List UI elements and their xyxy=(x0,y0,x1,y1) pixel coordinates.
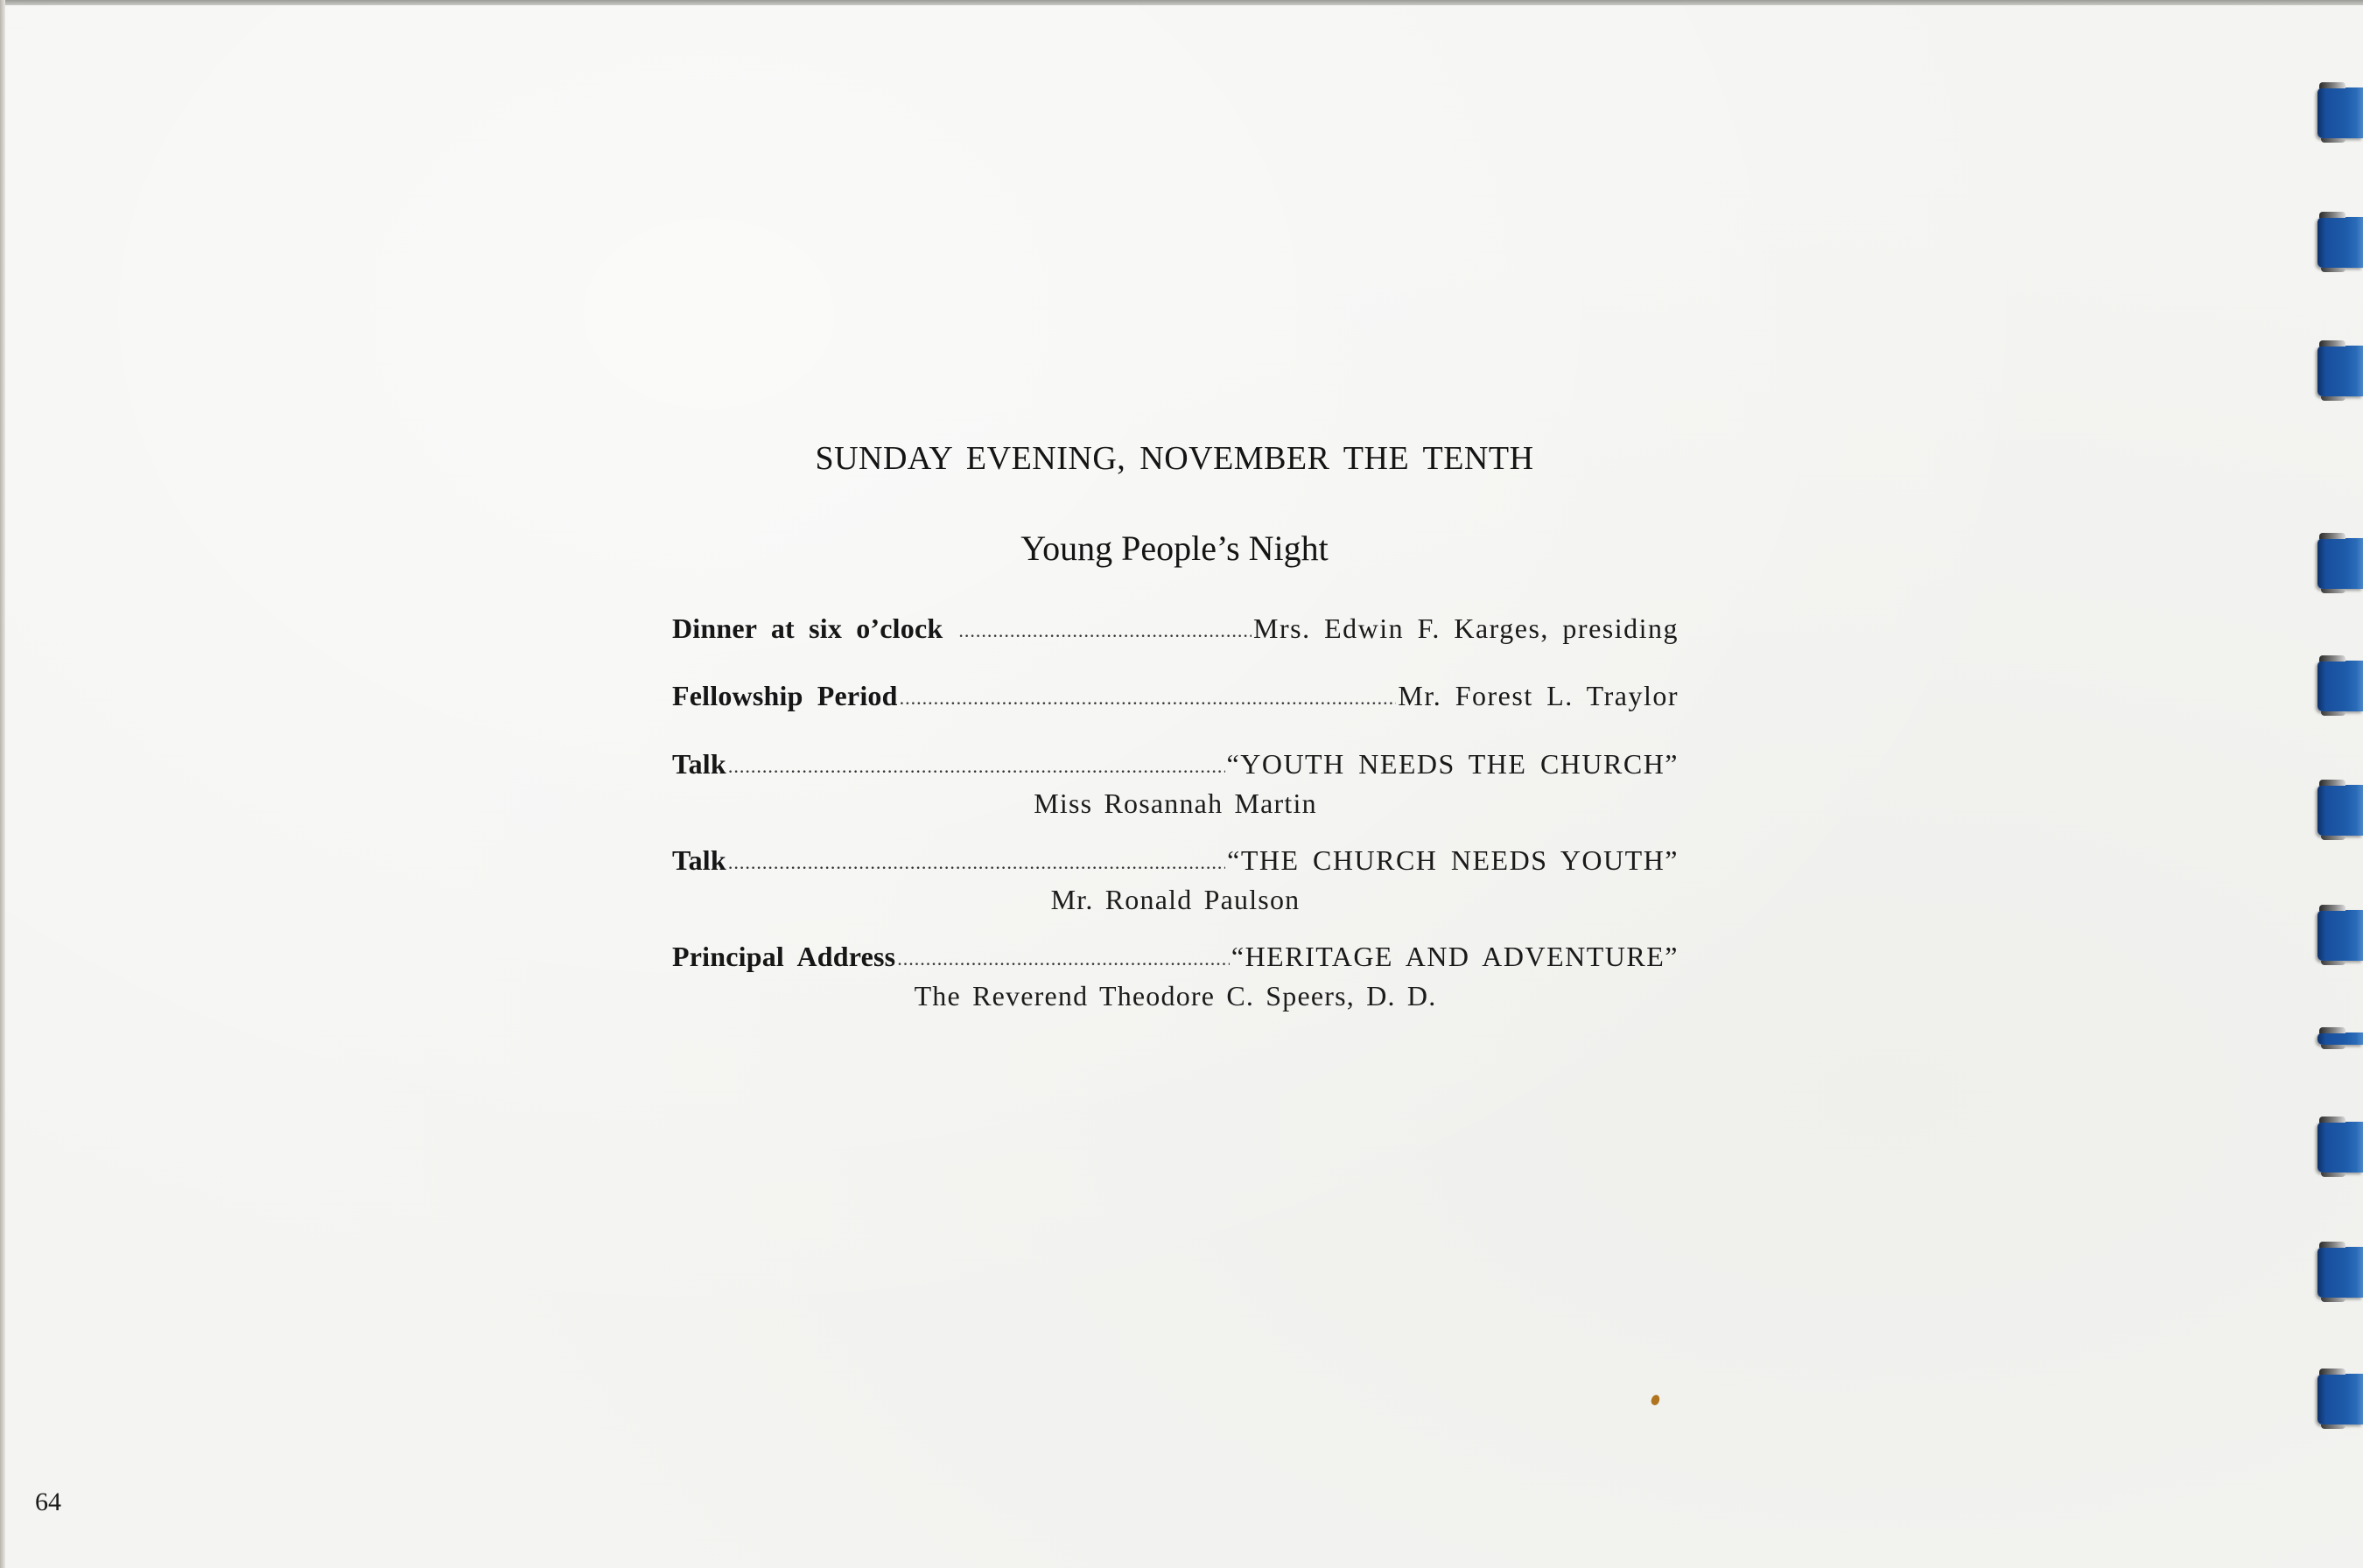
program-item: Talk ...................................… xyxy=(672,844,1679,877)
booklet-page: SUNDAY EVENING, NOVEMBER THE TENTH Young… xyxy=(0,0,2363,1568)
binding-ring xyxy=(2317,785,2363,836)
page-top-edge xyxy=(0,0,2363,5)
binding-ring xyxy=(2317,538,2363,589)
spiral-binding xyxy=(2317,0,2363,1568)
binding-ring xyxy=(2317,1247,2363,1298)
program-item-speaker: Mr. Ronald Paulson xyxy=(672,884,1679,916)
page-left-edge xyxy=(0,0,5,1568)
page-number: 64 xyxy=(35,1487,61,1517)
page-title: SUNDAY EVENING, NOVEMBER THE TENTH xyxy=(0,439,2349,478)
program-item-value: Mrs. Edwin F. Karges, presiding xyxy=(1253,612,1679,645)
binding-ring xyxy=(2317,910,2363,961)
program-item-label: Principal Address xyxy=(672,941,895,973)
program-item: Principal Address ......................… xyxy=(672,941,1679,973)
binding-ring xyxy=(2317,1032,2363,1045)
program-item-label: Fellowship Period xyxy=(672,680,898,712)
binding-ring xyxy=(2317,217,2363,268)
program-item-label: Talk xyxy=(672,844,726,877)
program-item: Fellowship Period ......................… xyxy=(672,680,1679,712)
paper-speck xyxy=(1650,1394,1661,1406)
binding-ring xyxy=(2317,1374,2363,1424)
binding-ring xyxy=(2317,1122,2363,1172)
binding-ring xyxy=(2317,87,2363,138)
dot-leader: ........................................… xyxy=(728,755,1225,778)
program-item-speaker: The Reverend Theodore C. Speers, D. D. xyxy=(672,980,1679,1012)
dot-leader: ........................................… xyxy=(958,619,1252,642)
program-item: Dinner at six o’clock ..................… xyxy=(672,612,1679,645)
page-subtitle: Young People’s Night xyxy=(0,528,2349,569)
program-item-label: Dinner at six o’clock xyxy=(672,612,943,645)
program-item-label: Talk xyxy=(672,748,726,780)
program-item-value: “HERITAGE AND ADVENTURE” xyxy=(1231,941,1679,973)
program-item-speaker: Miss Rosannah Martin xyxy=(672,787,1679,820)
program-item-value: “YOUTH NEEDS THE CHURCH” xyxy=(1227,748,1679,780)
program-item: Talk ...................................… xyxy=(672,748,1679,780)
dot-leader: ........................................… xyxy=(897,948,1230,970)
binding-ring xyxy=(2317,661,2363,711)
program-item-value: “THE CHURCH NEEDS YOUTH” xyxy=(1227,844,1679,877)
dot-leader: ........................................… xyxy=(728,851,1225,874)
dot-leader: ........................................… xyxy=(900,687,1397,710)
program-item-value: Mr. Forest L. Traylor xyxy=(1398,680,1679,712)
binding-ring xyxy=(2317,346,2363,396)
